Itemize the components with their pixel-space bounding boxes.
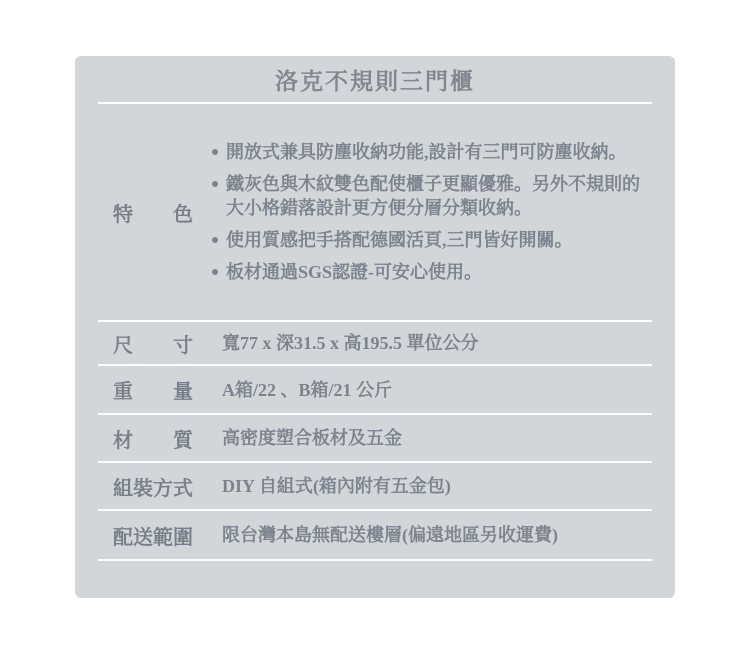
title-row: 洛克不規則三門櫃 [98,56,652,104]
spec-row-material: 材質 高密度塑合板材及五金 [98,415,652,463]
feature-text: 板材通過SGS認證-可安心使用。 [226,262,482,282]
spec-label: 配送範圍 [113,521,193,550]
spec-value: A箱/22 、B箱/21 公斤 [222,379,392,401]
bullet-icon [212,181,218,187]
spec-value: 限台灣本島無配送樓層(偏遠地區另收運費) [222,524,558,546]
spec-value: 寬77 x 深31.5 x 高195.5 單位公分 [222,332,479,354]
features-row: 特色 開放式兼具防塵收納功能,設計有三門可防塵收納。 鐵灰色與木紋雙色配使櫃子更… [98,104,652,322]
spec-label: 尺寸 [113,329,193,358]
spec-value: 高密度塑合板材及五金 [222,427,402,449]
spec-row-assembly: 組裝方式 DIY 自組式(箱內附有五金包) [98,463,652,511]
bullet-icon [212,237,218,243]
feature-item: 鐵灰色與木紋雙色配使櫃子更顯優雅。另外不規則的大小格錯落設計更方便分層分類收納。 [212,172,644,220]
spec-value: DIY 自組式(箱內附有五金包) [222,475,451,497]
spec-label: 重量 [113,375,193,404]
feature-list: 開放式兼具防塵收納功能,設計有三門可防塵收納。 鐵灰色與木紋雙色配使櫃子更顯優雅… [212,140,644,284]
features-label: 特色 [113,198,193,227]
feature-text: 鐵灰色與木紋雙色配使櫃子更顯優雅。另外不規則的大小格錯落設計更方便分層分類收納。 [226,174,640,218]
feature-text: 使用質感把手搭配德國活頁,三門皆好開關。 [226,230,573,250]
spec-label: 組裝方式 [113,472,193,501]
bullet-icon [212,269,218,275]
spec-row-dimensions: 尺寸 寬77 x 深31.5 x 高195.5 單位公分 [98,322,652,366]
spec-label: 材質 [113,424,193,453]
spec-row-delivery: 配送範圍 限台灣本島無配送樓層(偏遠地區另收運費) [98,511,652,561]
bullet-icon [212,149,218,155]
feature-item: 使用質感把手搭配德國活頁,三門皆好開關。 [212,228,644,252]
product-spec-card: 洛克不規則三門櫃 特色 開放式兼具防塵收納功能,設計有三門可防塵收納。 鐵灰色與… [75,56,675,598]
spec-row-weight: 重量 A箱/22 、B箱/21 公斤 [98,366,652,415]
product-title: 洛克不規則三門櫃 [275,63,475,96]
feature-item: 板材通過SGS認證-可安心使用。 [212,260,644,284]
feature-text: 開放式兼具防塵收納功能,設計有三門可防塵收納。 [226,142,627,162]
feature-item: 開放式兼具防塵收納功能,設計有三門可防塵收納。 [212,140,644,164]
